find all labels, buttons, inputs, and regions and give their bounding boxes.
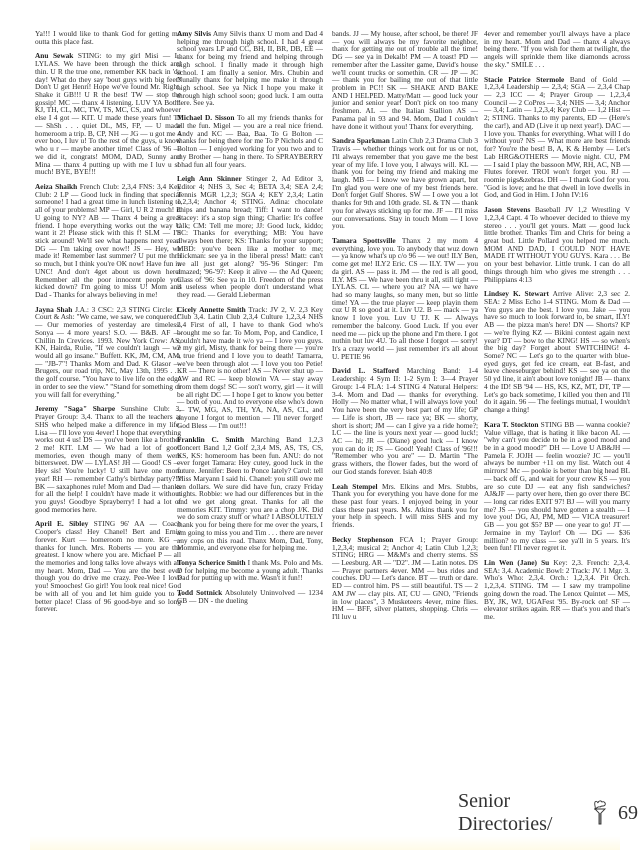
entry-text: J.A.: 3 CSC: 2,3 STING Circle: 1. Court … xyxy=(35,305,181,399)
entry-text: Baseball JV 1,2 Wrestling V 1,2,3,4 Capt… xyxy=(484,205,630,283)
entry-text: STING BB — wanna cookie? Value village, … xyxy=(484,420,630,553)
entry-text: Thanx 2 my mom 4 everything, love you. T… xyxy=(332,236,478,361)
entry-text: Arrive Alive: 2,3 sec 2. SEA: 2 Miss Ech… xyxy=(484,289,630,414)
entry-text: Marching Band 1,2,3 Concert Band 1,2 Gol… xyxy=(177,435,323,552)
directory-entry: Aeiza Shaikh French Club: 2,3,4 FNS: 3,4… xyxy=(35,183,181,299)
directory-entry: Stacie Patrice Stermole Band of Gold — 1… xyxy=(484,76,630,200)
directory-entry: Ya!!! I would like to thank God for gett… xyxy=(35,30,181,45)
directory-entry: Michael D. Sisson To all my friends than… xyxy=(177,114,323,168)
entry-text: Band of Gold — 1,2,3,4 Leadership — 2,3,… xyxy=(484,75,630,200)
directory-entry: David L. Stafford Marching Band: 1-4 Lea… xyxy=(332,367,478,475)
page-number: 69 xyxy=(618,802,638,825)
entry-text: French Club: 2,3,4 FNS: 3,4 Key Club: 2 … xyxy=(35,182,181,299)
directory-entry: 4ever and remember you'll always have a … xyxy=(484,30,630,69)
page-edge-tint xyxy=(30,836,620,850)
entry-text: STING 96' AA — Coach Cooper's class! Hey… xyxy=(35,519,181,613)
directory-entry: Lin Wen (Jane) Su Key: 2,3. French: 2,3,… xyxy=(484,559,630,621)
entry-text: Stinger 2, Ad Editor 3, Editor 4; NHS 3,… xyxy=(177,174,323,299)
directory-entry: Kara T. Stockton STING BB — wanna cookie… xyxy=(484,421,630,552)
entry-text: To all my friends thanks for all the fun… xyxy=(177,113,323,168)
entry-text: Latin Club 2,3 Drama Club 3 Travis — whe… xyxy=(332,136,478,230)
page-footer: Senior Directories/ 69 xyxy=(458,798,638,828)
column-2: Amy Silvis Amy Silvis thanx U mom and Da… xyxy=(177,30,323,612)
entry-text: Ya!!! I would like to thank God for gett… xyxy=(35,29,181,46)
entry-text: FCA 1; Prayer Group: 1,2,3,4; musical 2;… xyxy=(332,535,478,621)
directory-entry: Jayna Shah J.A.: 3 CSC: 2,3 STING Circle… xyxy=(35,306,181,399)
section-title: Senior Directories/ xyxy=(458,790,586,836)
directory-entry: Leah Stempel Mrs. Elkins and Mrs. Stubbs… xyxy=(332,483,478,529)
directory-entry: Jeremy "Saga" Sharpe Sunshine Club: 3, P… xyxy=(35,405,181,513)
directory-entry: Becky Stephenson FCA 1; Prayer Group: 1,… xyxy=(332,536,478,621)
column-3: bands. JJ — My house, after school, be t… xyxy=(332,30,478,628)
directory-entry: Lindsey K. Stewart Arrive Alive: 2,3 sec… xyxy=(484,290,630,414)
directory-entry: Anu Sewak STING: to my girl Misi — L, LY… xyxy=(35,52,181,176)
entry-text: Amy Silvis thanx U mom and Dad 4 helping… xyxy=(177,29,323,107)
directory-entry: Todd Sottnick Absolutely Uninvolved — 12… xyxy=(177,589,323,604)
directory-entry: Tonya Scherice Smith I thank Ms. Polo an… xyxy=(177,559,323,582)
directory-entry: Tamara Spottsville Thanx 2 my mom 4 ever… xyxy=(332,237,478,361)
column-1: Ya!!! I would like to thank God for gett… xyxy=(35,30,181,620)
directory-entry: Leigh Ann Skinner Stinger 2, Ad Editor 3… xyxy=(177,175,323,299)
torch-icon xyxy=(592,800,608,826)
entry-text: Key: 2,3. French: 2,3,4. SEA: 3,4. Acade… xyxy=(484,558,630,621)
yearbook-page: Ya!!! I would like to thank God for gett… xyxy=(0,0,638,850)
entry-text: Sunshine Club: 3, Prayer Group: 3,4. Tha… xyxy=(35,404,181,513)
entry-text: bands. JJ — My house, after school, be t… xyxy=(332,29,478,131)
column-4: 4ever and remember you'll always have a … xyxy=(484,30,630,628)
entry-text: STING: to my girl Misi — L, LYLAS. We ha… xyxy=(35,51,181,176)
directory-entry: Sandra Sparkman Latin Club 2,3 Drama Clu… xyxy=(332,137,478,230)
directory-entry: bands. JJ — My house, after school, be t… xyxy=(332,30,478,130)
entry-text: 4ever and remember you'll always have a … xyxy=(484,29,630,69)
directory-entry: Amy Silvis Amy Silvis thanx U mom and Da… xyxy=(177,30,323,107)
directory-entry: Jason Stevens Baseball JV 1,2 Wrestling … xyxy=(484,206,630,283)
directory-entry: April E. Sibley STING 96' AA — Coach Coo… xyxy=(35,520,181,613)
entry-text: Mrs. Elkins and Mrs. Stubbs, Thank you f… xyxy=(332,482,478,530)
directory-entry: Franklin C. Smith Marching Band 1,2,3 Co… xyxy=(177,436,323,552)
entry-text: Track: JV 2, V. 2,3 Key Club 3,4. Latin … xyxy=(177,305,323,430)
directory-entry: Cicely Annette Smith Track: JV 2, V. 2,3… xyxy=(177,306,323,430)
entry-text: Marching Band: 1-4 Leadership: 4 Sym II:… xyxy=(332,366,478,475)
